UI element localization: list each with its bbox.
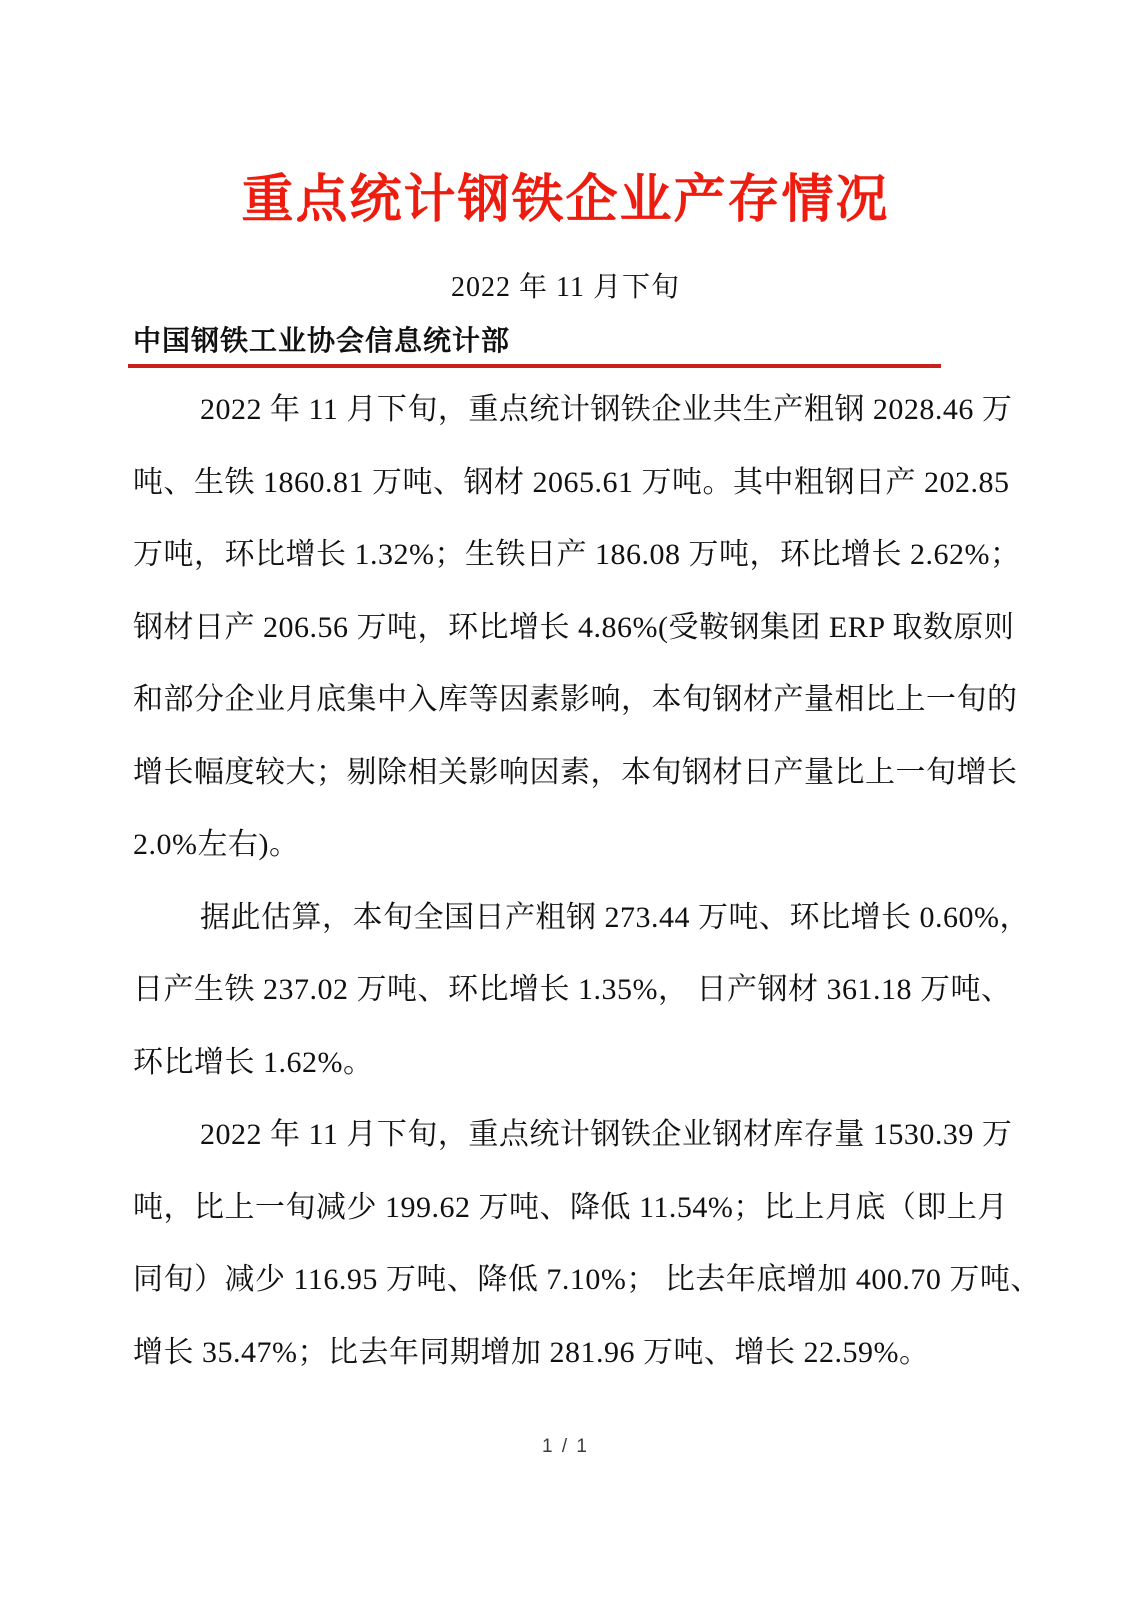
document-body: 2022 年 11 月下旬，重点统计钢铁企业共生产粗钢 2028.46 万吨、生… (133, 374, 963, 1389)
paragraph: 2022 年 11 月下旬，重点统计钢铁企业共生产粗钢 2028.46 万吨、生… (133, 374, 963, 882)
body-line: 据此估算，本旬全国日产粗钢 273.44 万吨、环比增长 0.60%， (133, 882, 963, 955)
body-line: 2.0%左右)。 (133, 809, 963, 882)
body-line: 和部分企业月底集中入库等因素影响，本旬钢材产量相比上一旬的 (133, 664, 963, 737)
document-page: 重点统计钢铁企业产存情况 2022 年 11 月下旬 中国钢铁工业协会信息统计部… (0, 0, 1131, 1600)
body-line: 2022 年 11 月下旬，重点统计钢铁企业钢材库存量 1530.39 万 (133, 1099, 963, 1172)
body-line: 同旬）减少 116.95 万吨、降低 7.10%； 比去年底增加 400.70 … (133, 1244, 963, 1317)
body-line: 2022 年 11 月下旬，重点统计钢铁企业共生产粗钢 2028.46 万 (133, 374, 963, 447)
body-line: 环比增长 1.62%。 (133, 1027, 963, 1100)
body-line: 增长幅度较大；剔除相关影响因素，本旬钢材日产量比上一旬增长 (133, 737, 963, 810)
paragraph: 据此估算，本旬全国日产粗钢 273.44 万吨、环比增长 0.60%，日产生铁 … (133, 882, 963, 1100)
body-line: 万吨，环比增长 1.32%；生铁日产 186.08 万吨，环比增长 2.62%； (133, 519, 963, 592)
document-title: 重点统计钢铁企业产存情况 (0, 166, 1131, 234)
body-line: 增长 35.47%；比去年同期增加 281.96 万吨、增长 22.59%。 (133, 1317, 963, 1390)
body-line: 日产生铁 237.02 万吨、环比增长 1.35%， 日产钢材 361.18 万… (133, 954, 963, 1027)
body-line: 吨，比上一旬减少 199.62 万吨、降低 11.54%；比上月底（即上月 (133, 1172, 963, 1245)
red-divider-rule (128, 364, 941, 368)
paragraph: 2022 年 11 月下旬，重点统计钢铁企业钢材库存量 1530.39 万吨，比… (133, 1099, 963, 1389)
body-line: 钢材日产 206.56 万吨，环比增长 4.86%(受鞍钢集团 ERP 取数原则 (133, 592, 963, 665)
department-name: 中国钢铁工业协会信息统计部 (133, 324, 1131, 360)
body-line: 吨、生铁 1860.81 万吨、钢材 2065.61 万吨。其中粗钢日产 202… (133, 447, 963, 520)
document-subtitle: 2022 年 11 月下旬 (0, 268, 1131, 308)
page-number: 1 / 1 (0, 1436, 1131, 1458)
